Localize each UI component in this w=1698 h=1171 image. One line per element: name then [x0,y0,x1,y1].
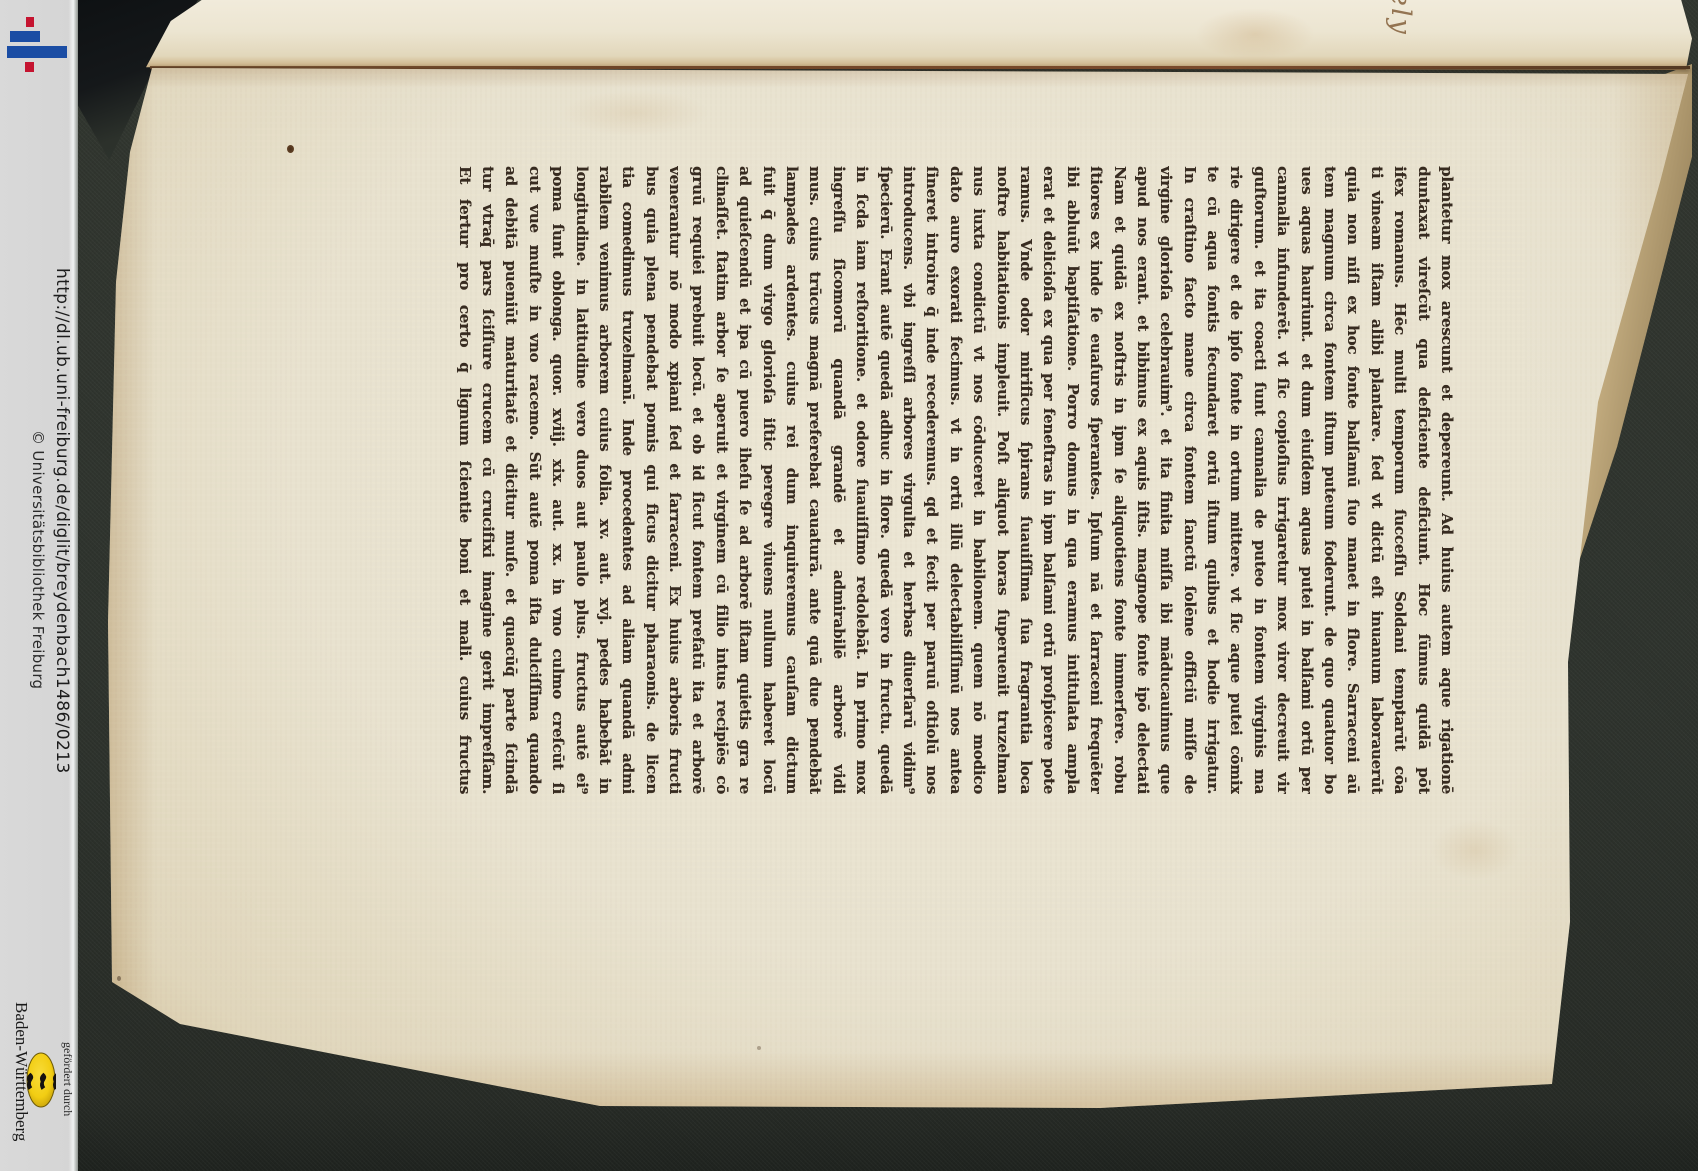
ink-inscription: ely [1385,0,1416,36]
text-line: Et fertur pro certo q̄ lignum ſcientie b… [452,166,475,794]
text-line: ad debitā pueniūt maturitatē et dicitur … [499,166,522,794]
text-line: noſtre habitationis impleuit. Poſt aliqu… [990,166,1013,794]
printed-text-block: plantetur mox arescunt et depereunt. Ad … [452,166,1458,794]
text-line: apud nos erant. et bibimus ex aquis iſti… [1131,166,1154,794]
text-line: cut vue muſte in vno racemo. Sūt autē po… [522,166,545,794]
text-line: rabilem venimus arborem cuius folia. xv.… [593,166,616,794]
text-line: virgine glorioſa celebrauim⁹. et ita fin… [1154,166,1177,794]
text-line: Nam et quidā ex noſtris in ipm ſe aliquo… [1107,166,1130,794]
text-line: ues aquas hauriunt. et dum eiuſdem aquas… [1294,166,1317,794]
text-line: introducens. vbi ingreſſi arbores virgul… [897,166,920,794]
page-fold-crease [150,66,1690,69]
text-line: clinaſſet. ſtatim arbor ſe aperuit et vi… [710,166,733,794]
text-line: nus iuxta condictū vt nos cōduceret in b… [967,166,990,794]
text-line: bus quia plena pendebat pomis qui ficus … [639,166,662,794]
text-line: cannalia infunderēt. vt ſic copioſius ir… [1271,166,1294,794]
library-frame-sidebar: http://dl.ub.uni-freiburg.de/diglit/brey… [0,0,78,1171]
text-line: tem magnum circa fontem iſtum puteum fod… [1318,166,1341,794]
library-logo-red-square-bottom-icon [25,62,34,72]
wormhole-mark [287,145,294,153]
text-line: ad quieſcendū et ipa cū puero iheſu ſe a… [733,166,756,794]
text-line: mus. cuius trūcus magnā preferebat cauat… [803,166,826,794]
text-line: rie dirigere et de ipſo fonte in ortum m… [1224,166,1247,794]
copyright-label: © Universitätsbibliothek Freiburg [29,430,47,689]
text-line: ſtiores ex inde ſe euaſuros ſperantes. I… [1084,166,1107,794]
funding-label: gefördert durch [60,1042,75,1116]
text-line: venerantur nō modo xpiani ſed et ſarrace… [663,166,686,794]
pencil-speck [757,1046,761,1050]
scan-viewer-canvas: http://dl.ub.uni-freiburg.de/diglit/brey… [0,0,1698,1171]
library-logo-red-square-top-icon [26,17,34,27]
text-line: duntaxat vireſcūt qua deficiente deficiu… [1411,166,1434,794]
pencil-speck [117,976,121,981]
text-line: ti vineam iſtam alibi plantare. ſed vt d… [1364,166,1387,794]
text-line: ſineret introire q̄ inde recederemus. qd… [920,166,943,794]
text-line: ſpecierū. Erant autē quedā adhuc in flor… [873,166,896,794]
baden-wuerttemberg-coat-of-arms-icon [26,1052,56,1108]
facing-page-curl [146,0,1692,70]
text-line: erat et delicioſa ex qua per feneſtras i… [1037,166,1060,794]
text-line: In craſtino facto mane circa fontem ſanc… [1177,166,1200,794]
library-logo-blue-bar-long-icon [7,46,67,58]
text-line: quia non niſi ex hoc fonte balſamū ſuo m… [1341,166,1364,794]
text-line: ifex romanus. Hēc multi temporum ſucceſſ… [1388,166,1411,794]
text-line: ibi abluūt baptiſatione. Porro domus in … [1060,166,1083,794]
library-logo-blue-bar-short-icon [10,31,40,42]
text-line: gruū requiei prebuit locū. et ob id ſicu… [686,166,709,794]
text-line: ingreſſu ſicomorū quandā grandē et admir… [826,166,849,794]
text-line: dato auro exorati fecimus. vt in ortū il… [943,166,966,794]
text-line: in ſcda iam reſtoritione. et odore ſuaui… [850,166,873,794]
text-line: tur vtraq̄ pars ſciſſure crucem cū cruci… [476,166,499,794]
persistent-url-label: http://dl.ub.uni-freiburg.de/diglit/brey… [52,268,72,774]
text-line: te cū aqua fontis fecundaret ortū iſtum … [1201,166,1224,794]
text-line: lampades ardentes. cuius rei dum inquire… [780,166,803,794]
text-line: longitudine. in latitudine vero duos aut… [569,166,592,794]
text-line: tia comedimus truzelmanī. Inde procedent… [616,166,639,794]
text-line: guſtorum. et ita coacti ſunt cannalia de… [1247,166,1270,794]
text-line: ramus. Vnde odor mirificus ſpirans ſuaui… [1014,166,1037,794]
text-line: plantetur mox arescunt et depereunt. Ad … [1435,166,1458,794]
text-line: fuit q̄ dum virgo glorioſa iſtic peregre… [756,166,779,794]
text-line: poma ſunt oblonga. quor. xviij. xix. aut… [546,166,569,794]
